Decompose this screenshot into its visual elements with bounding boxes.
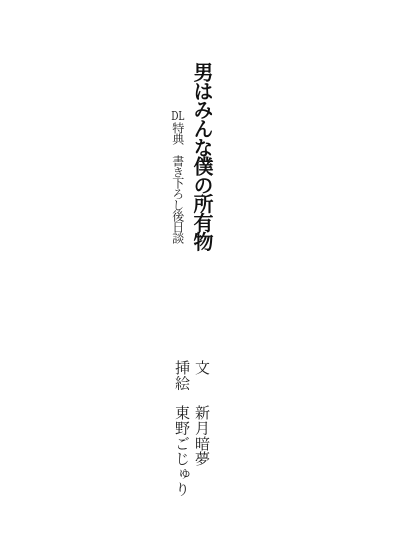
illustrator-name: 東野ごじゅり (173, 405, 191, 497)
author-name: 新月暗夢 (193, 405, 211, 466)
book-subtitle: DL特典 書き下ろし後日談 (170, 110, 184, 243)
credit-column-illustrator: 挿絵東野ごじゅり (172, 360, 192, 497)
author-role-label: 文 (192, 360, 212, 405)
subtitle-text: 特典 書き下ろし後日談 (171, 122, 185, 243)
credit-column-author: 文新月暗夢 (192, 360, 212, 497)
subtitle-dl-prefix: DL (171, 110, 185, 122)
book-title-page: 男はみんな僕の所有物 DL特典 書き下ろし後日談 文新月暗夢 挿絵東野ごじゅり (0, 0, 400, 556)
credits-block: 文新月暗夢 挿絵東野ごじゅり (172, 360, 212, 497)
book-title: 男はみんな僕の所有物 (191, 62, 213, 250)
illustrator-role-label: 挿絵 (172, 360, 192, 405)
